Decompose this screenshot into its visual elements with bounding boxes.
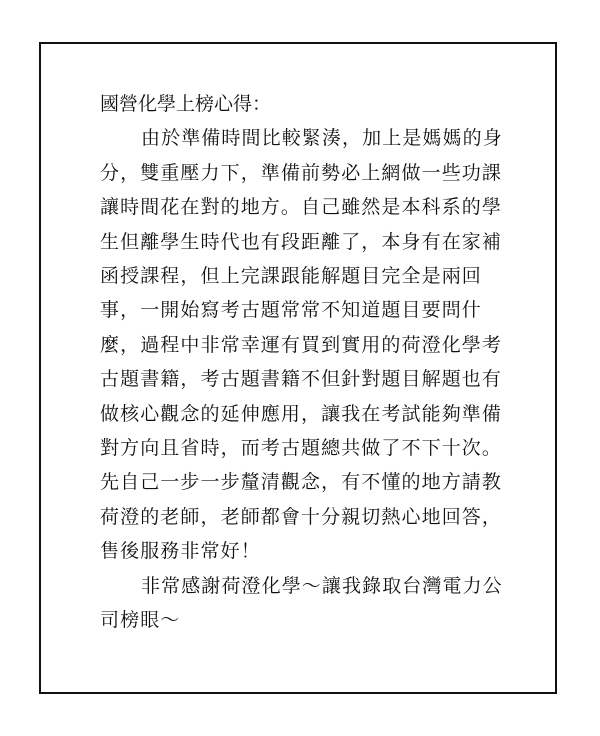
document-title: 國營化學上榜心得： xyxy=(100,87,510,121)
paragraph-line: 函授課程，但上完課跟能解題目完全是兩回 xyxy=(100,259,510,293)
paragraph-line: 麼，過程中非常幸運有買到實用的荷澄化學考 xyxy=(100,328,510,362)
paragraph-line: 售後服務非常好！ xyxy=(100,534,510,568)
paragraph-line: 讓時間花在對的地方。自己雖然是本科系的學 xyxy=(100,190,510,224)
paragraph-line: 非常感謝荷澄化學～讓我錄取台灣電力公 xyxy=(100,569,510,603)
paragraph-line: 分，雙重壓力下，準備前勢必上網做一些功課 xyxy=(100,156,510,190)
paragraph-line: 司榜眼～ xyxy=(100,603,510,637)
paragraph-line: 生但離學生時代也有段距離了，本身有在家補 xyxy=(100,225,510,259)
paragraph-line: 古題書籍，考古題書籍不但針對題目解題也有 xyxy=(100,362,510,396)
paragraph-line: 對方向且省時，而考古題總共做了不下十次。 xyxy=(100,431,510,465)
paragraph-line: 事，一開始寫考古題常常不知道題目要問什 xyxy=(100,293,510,327)
paragraph-line: 做核心觀念的延伸應用，讓我在考試能夠準備 xyxy=(100,397,510,431)
paragraph-line: 荷澄的老師，老師都會十分親切熱心地回答， xyxy=(100,500,510,534)
paragraph-line: 由於準備時間比較緊湊，加上是媽媽的身 xyxy=(100,121,510,155)
paragraph-line: 先自己一步一步釐清觀念，有不懂的地方請教 xyxy=(100,465,510,499)
testimonial-text: 國營化學上榜心得： 由於準備時間比較緊湊，加上是媽媽的身 分，雙重壓力下，準備前… xyxy=(100,87,510,638)
